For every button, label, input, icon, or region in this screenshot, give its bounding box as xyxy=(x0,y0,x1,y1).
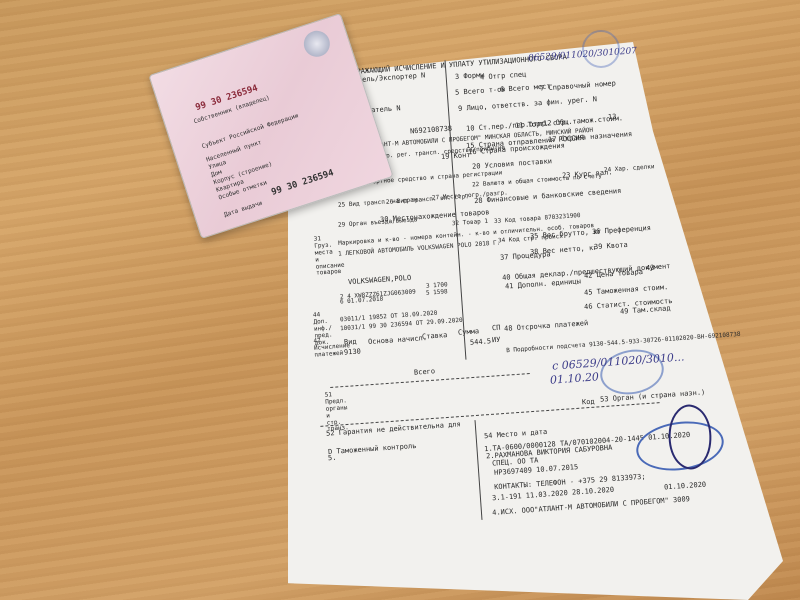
card-issue-date-label: Дата выдачи xyxy=(223,200,263,219)
payments-header-sum: Сумма xyxy=(458,327,480,336)
payment-sum: 544.5 xyxy=(470,337,492,346)
card-bottom-number: 99 30 236594 xyxy=(270,168,335,198)
payments-total-label: Всего xyxy=(414,367,436,376)
customs-control-sub: 5. xyxy=(328,454,337,463)
faint-stamp xyxy=(582,30,620,68)
field-13: 13 xyxy=(608,113,617,122)
field-43: 43 xyxy=(646,264,655,273)
field-31-label: 31 Груз. места и описание товаров xyxy=(314,235,337,278)
payments-header-sp: СП xyxy=(492,324,501,333)
payments-header-type: Вид xyxy=(344,338,357,347)
hologram-seal xyxy=(300,27,333,60)
field-47-label: 47 Исчисление платежей xyxy=(313,337,334,359)
payment-type: 9130 xyxy=(344,347,361,356)
payment-sp: ИУ xyxy=(492,336,501,345)
kod-label: Код xyxy=(582,398,595,407)
